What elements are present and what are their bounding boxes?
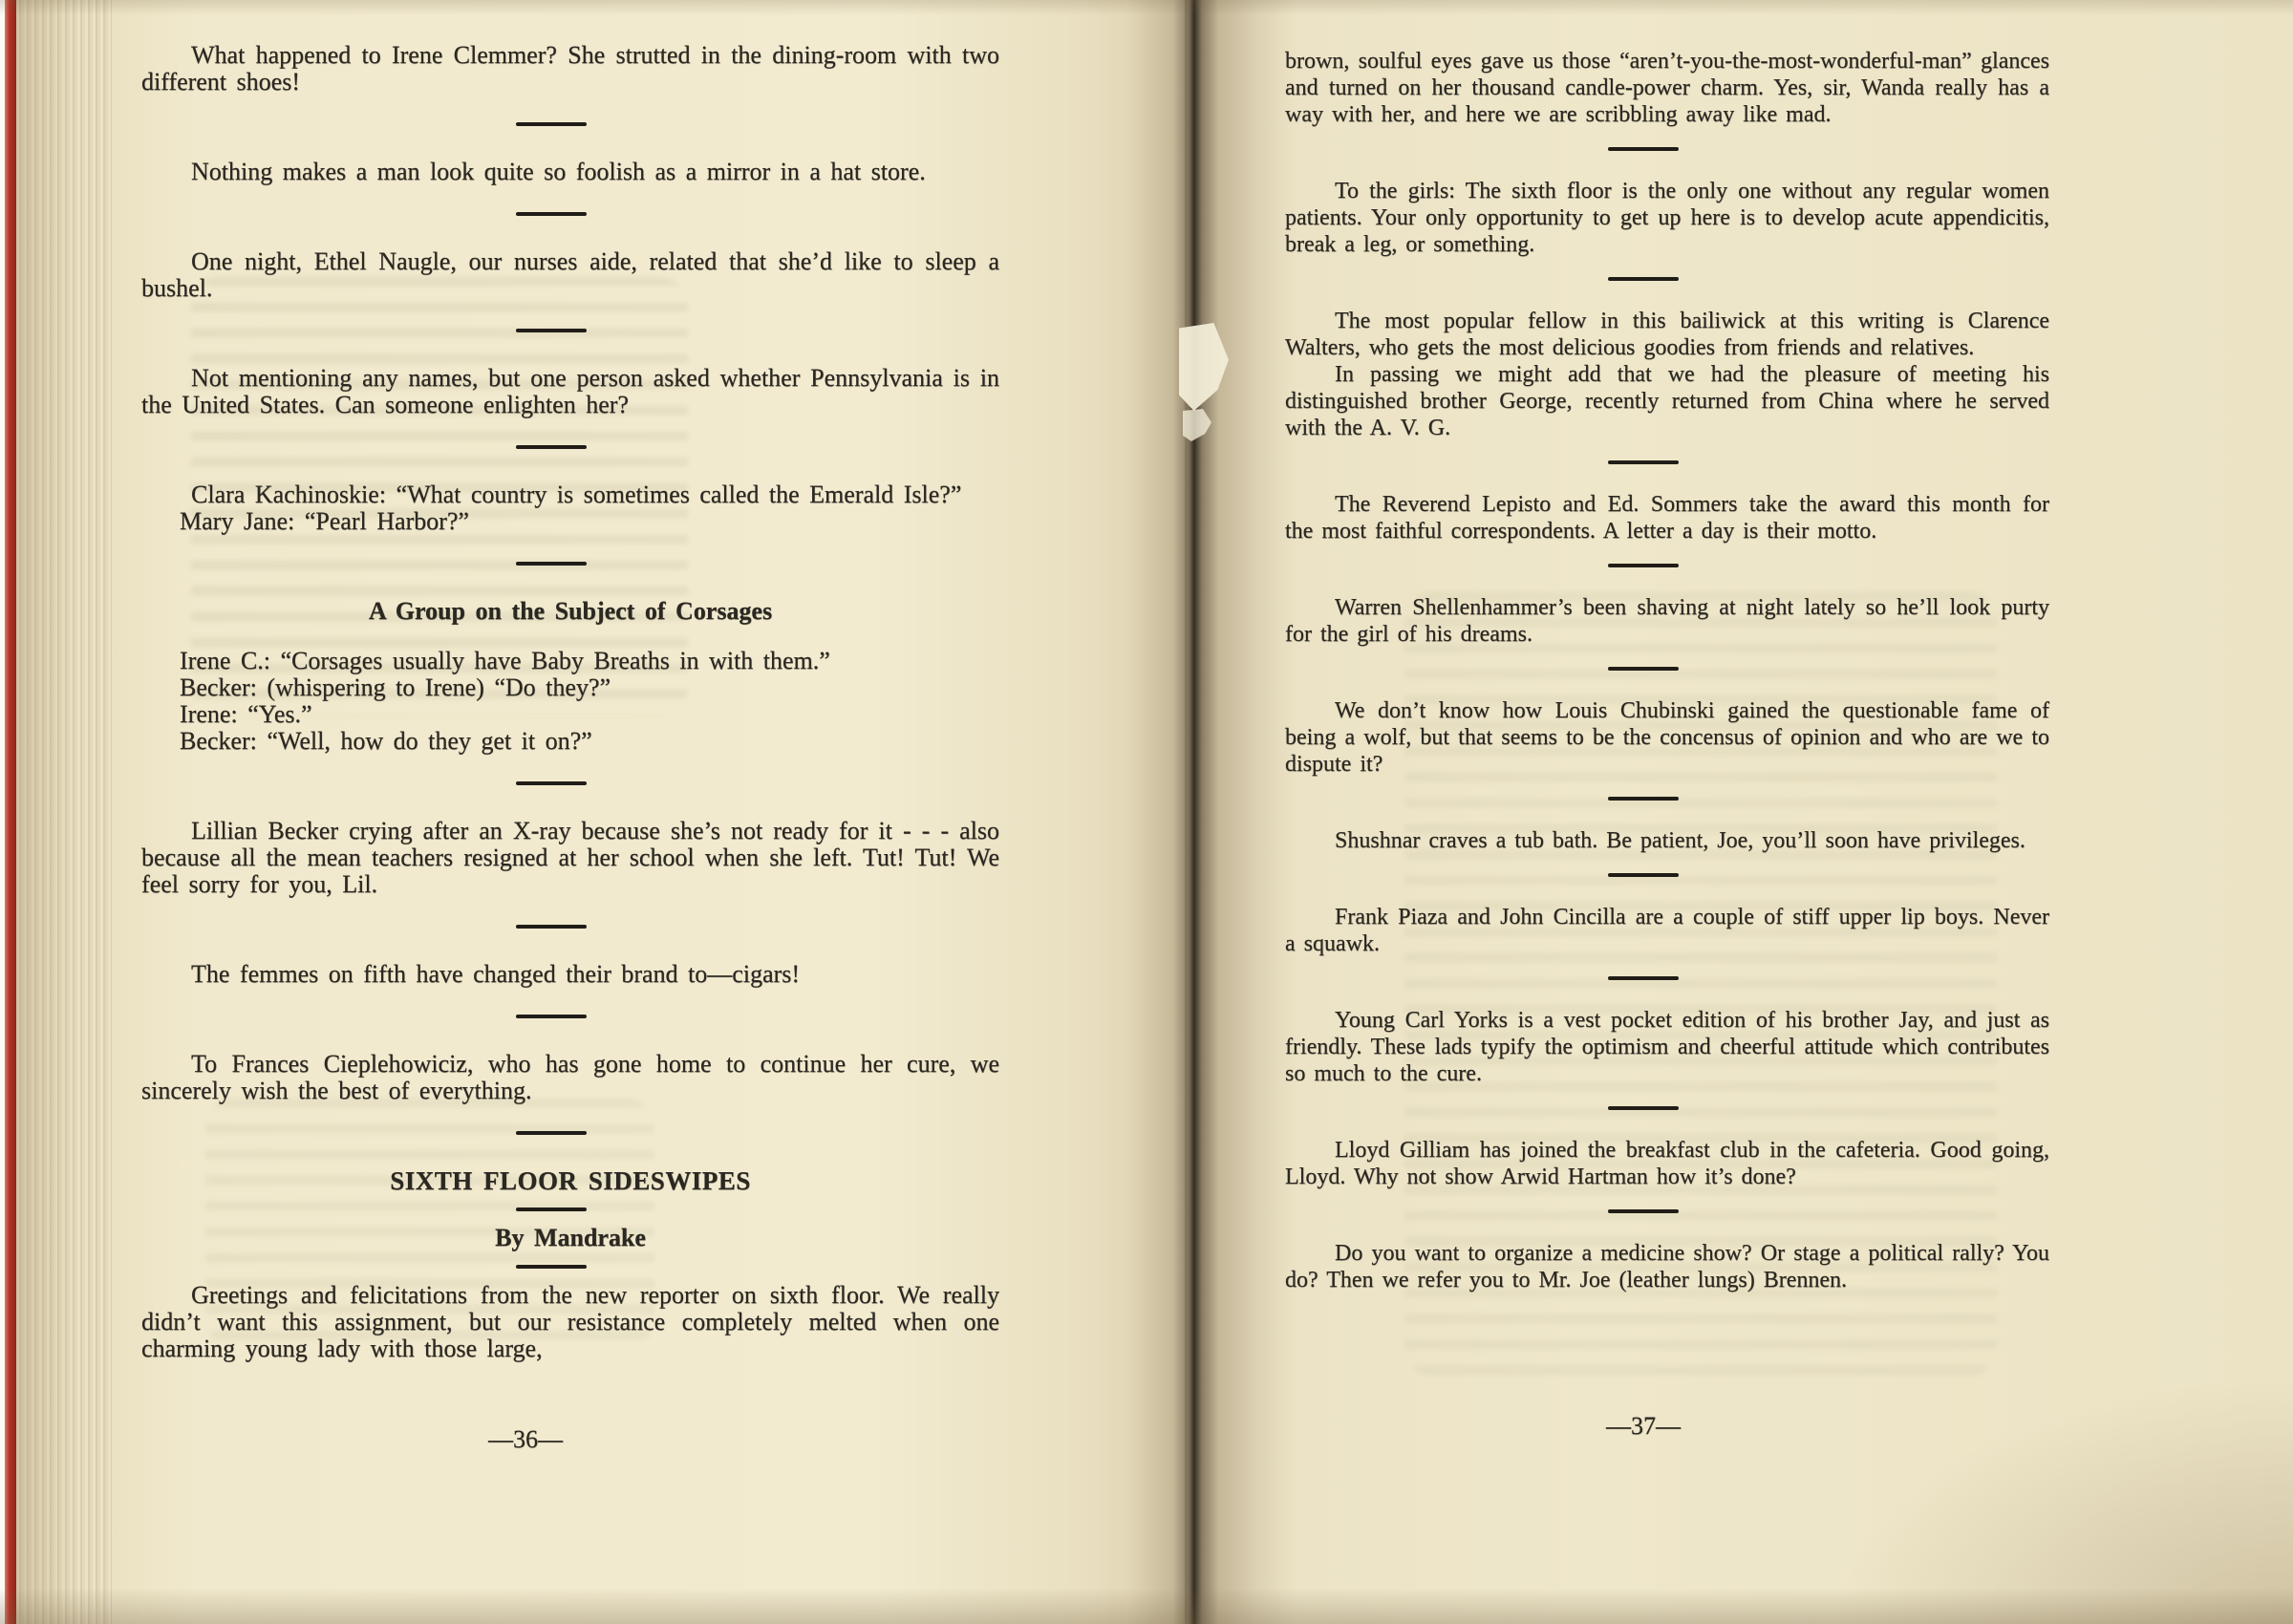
right-page-text-column: brown, soulful eyes gave us those “aren’…	[1285, 48, 2049, 1293]
section-divider	[516, 562, 587, 566]
page-number: —36—	[430, 1425, 621, 1454]
paragraph: Not mentioning any names, but one person…	[141, 365, 999, 418]
paragraph: Lloyd Gilliam has joined the breakfast c…	[1285, 1137, 2049, 1190]
section-divider	[516, 781, 587, 785]
section-divider	[516, 212, 587, 216]
section-divider	[1608, 873, 1679, 877]
book-scan: What happened to Irene Clemmer? She stru…	[0, 0, 2293, 1624]
paragraph: To Frances Cieplehowiciz, who has gone h…	[141, 1051, 999, 1104]
section-divider	[1608, 1106, 1679, 1110]
section-divider	[516, 1265, 587, 1269]
section-divider	[1608, 1209, 1679, 1213]
dialog-line: Clara Kachinoskie: “What country is some…	[141, 481, 999, 508]
dialog-line: Irene C.: “Corsages usually have Baby Br…	[141, 648, 999, 674]
byline: By Mandrake	[141, 1225, 999, 1251]
section-divider	[516, 1131, 587, 1135]
paragraph: brown, soulful eyes gave us those “aren’…	[1285, 48, 2049, 128]
paragraph: Warren Shellenhammer’s been shaving at n…	[1285, 594, 2049, 648]
paragraph: The Reverend Lepisto and Ed. Sommers tak…	[1285, 491, 2049, 545]
paragraph: Greetings and felicitations from the new…	[141, 1282, 999, 1362]
section-divider	[516, 329, 587, 332]
section-divider	[516, 925, 587, 929]
paragraph: Lillian Becker crying after an X-ray bec…	[141, 818, 999, 898]
dialog-line: Irene: “Yes.”	[141, 701, 999, 728]
section-divider	[1608, 564, 1679, 567]
paragraph: We don’t know how Louis Chubinski gained…	[1285, 697, 2049, 778]
section-divider	[516, 122, 587, 126]
book-cover-edge	[5, 0, 16, 1624]
section-divider	[516, 1207, 587, 1211]
paragraph: In passing we might add that we had the …	[1285, 361, 2049, 441]
section-divider	[1608, 277, 1679, 281]
section-divider	[1608, 667, 1679, 671]
section-divider	[516, 1015, 587, 1018]
paragraph: Shushnar craves a tub bath. Be patient, …	[1285, 827, 2049, 854]
page-edge-stack	[16, 0, 112, 1624]
dialog-line: Becker: “Well, how do they get it on?”	[141, 728, 999, 755]
section-divider	[1608, 460, 1679, 464]
dialog-line: Mary Jane: “Pearl Harbor?”	[141, 508, 999, 535]
paragraph: Frank Piaza and John Cincilla are a coup…	[1285, 904, 2049, 957]
paragraph: To the girls: The sixth floor is the onl…	[1285, 178, 2049, 258]
section-divider	[1608, 797, 1679, 801]
paragraph: Do you want to organize a medicine show?…	[1285, 1240, 2049, 1293]
left-page-text-column: What happened to Irene Clemmer? She stru…	[141, 42, 999, 1362]
paragraph: The most popular fellow in this bailiwic…	[1285, 308, 2049, 361]
dialog-line: Becker: (whispering to Irene) “Do they?”	[141, 674, 999, 701]
paragraph: What happened to Irene Clemmer? She stru…	[141, 42, 999, 96]
section-divider	[516, 445, 587, 449]
paragraph: The femmes on fifth have changed their b…	[141, 961, 999, 988]
section-heading: A Group on the Subject of Corsages	[141, 598, 999, 625]
page-number: —37—	[1548, 1412, 1739, 1441]
paragraph: Young Carl Yorks is a vest pocket editio…	[1285, 1007, 2049, 1087]
section-divider	[1608, 147, 1679, 151]
paragraph: One night, Ethel Naugle, our nurses aide…	[141, 248, 999, 302]
article-title: SIXTH FLOOR SIDESWIPES	[141, 1167, 999, 1194]
paragraph: Nothing makes a man look quite so foolis…	[141, 159, 999, 185]
section-divider	[1608, 976, 1679, 980]
